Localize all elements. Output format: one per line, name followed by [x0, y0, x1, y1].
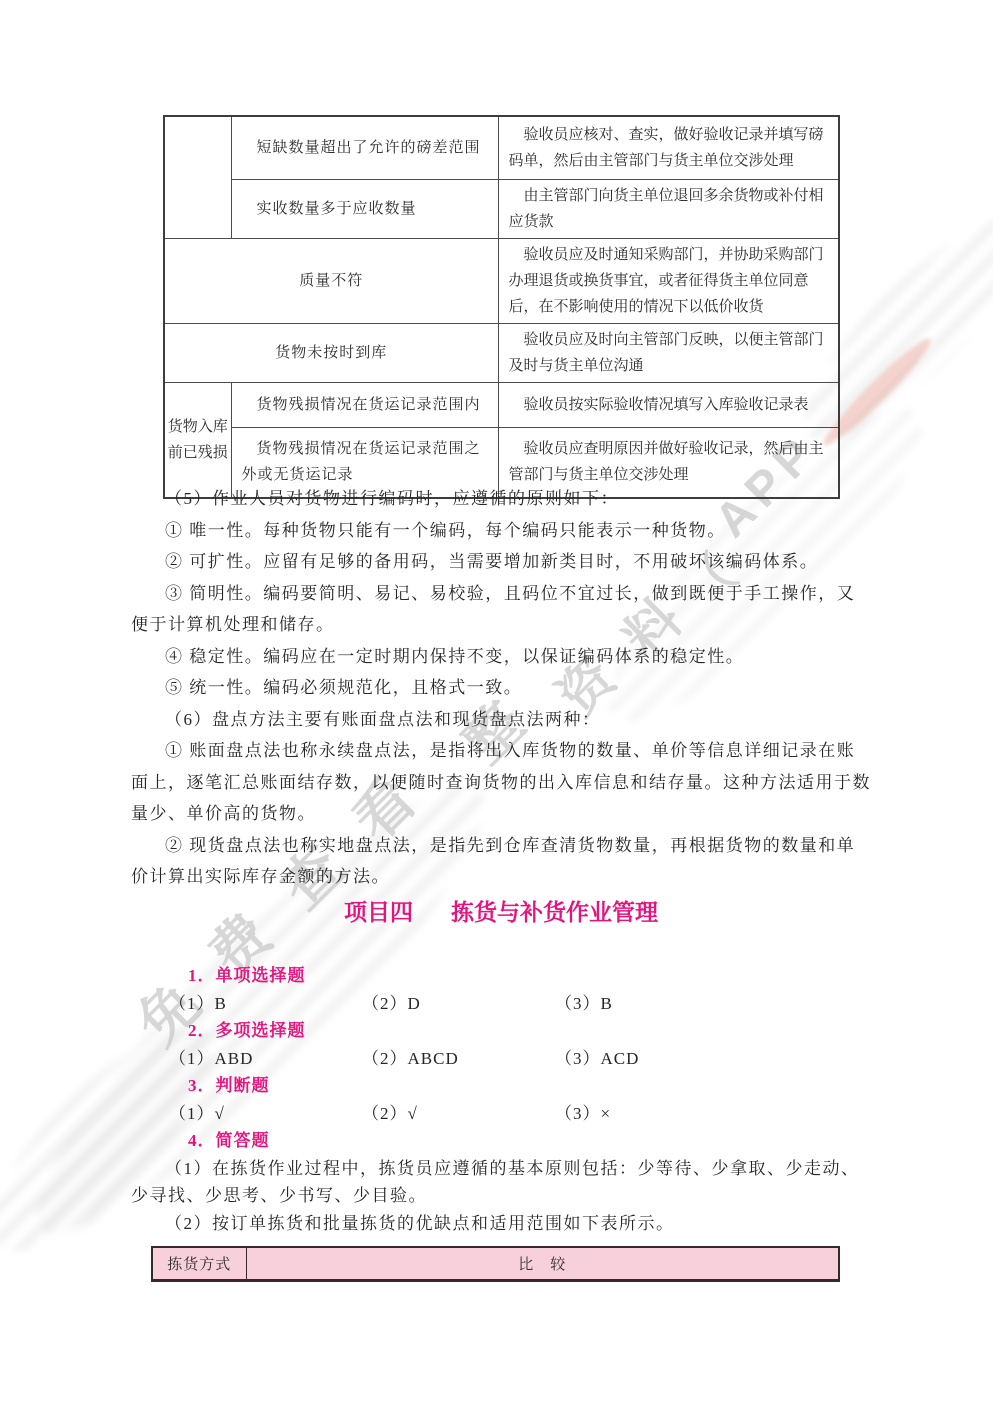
answer-item: （2）√ [362, 1100, 555, 1128]
answer-item: （3）ACD [555, 1045, 639, 1073]
paragraph: ② 现货盘点法也称实地盘点法，是指先到仓库查清货物数量，再根据货物的数量和单价计… [131, 830, 871, 893]
situation-cell: 质量不符 [164, 238, 498, 323]
answers-block: 1．单项选择题 （1）B（2）D（3）B 2．多项选择题 （1）ABD（2）AB… [131, 962, 871, 1237]
category-cell: 货物入库前已残损 [164, 382, 231, 498]
action-cell: 验收员应及时通知采购部门，并协助采购部门办理退货或换货事宜，或者征得货主单位同意… [498, 238, 839, 323]
situation-cell: 短缺数量超出了允许的磅差范围 [231, 116, 498, 179]
answer-item: （3）B [555, 990, 613, 1018]
action-cell: 验收员应核对、查实，做好验收记录并填写磅码单，然后由主管部门与货主单位交涉处理 [498, 116, 839, 179]
answer-item: （1）ABD [169, 1045, 362, 1073]
action-cell: 验收员应及时向主管部门反映，以便主管部门及时与货主单位沟通 [498, 323, 839, 382]
paragraph: ⑤ 统一性。编码必须规范化，且格式一致。 [131, 672, 871, 704]
picking-comparison-table: 拣货方式 比 较 [151, 1246, 840, 1282]
answer-row: （1）B（2）D（3）B [131, 990, 871, 1018]
answer-row: （1）√（2）√（3）× [131, 1100, 871, 1128]
paragraph: ③ 简明性。编码要简明、易记、易校验，且码位不宜过长，做到既便于手工操作，又便于… [131, 578, 871, 641]
answer-item: （2）ABCD [362, 1045, 555, 1073]
situation-cell: 货物残损情况在货运记录范围内 [231, 382, 498, 427]
paragraph: ② 可扩性。应留有足够的备用码，当需要增加新类目时，不用破坏该编码体系。 [131, 546, 871, 578]
picking-comparison-table-wrap: 拣货方式 比 较 [151, 1246, 840, 1282]
section-title: 项目四拣货与补货作业管理 [131, 896, 871, 928]
answer-item: （1）B [169, 990, 362, 1018]
page: 免费查看整资料（APP 短缺数量超出了允许的磅差范围 验收员应核对、查实，做好验… [0, 0, 993, 1404]
question-group-heading: 1．单项选择题 [131, 962, 871, 990]
paragraph: （6）盘点方法主要有账面盘点法和现货盘点法两种： [131, 704, 871, 736]
short-answer-paragraph: （1）在拣货作业过程中，拣货员应遵循的基本原则包括：少等待、少拿取、少走动、少寻… [131, 1155, 871, 1210]
section-title-number: 项目四 [344, 899, 413, 925]
table-row: 质量不符 验收员应及时通知采购部门，并协助采购部门办理退货或换货事宜，或者征得货… [164, 238, 839, 323]
category-cell-empty [164, 116, 231, 238]
body-text-block: （5）作业人员对货物进行编码时，应遵循的原则如下： ① 唯一性。每种货物只能有一… [131, 483, 871, 893]
question-group-heading: 3．判断题 [131, 1072, 871, 1100]
table-row: 货物入库前已残损 货物残损情况在货运记录范围内 验收员按实际验收情况填写入库验收… [164, 382, 839, 427]
question-group-heading: 2．多项选择题 [131, 1017, 871, 1045]
answer-item: （1）√ [169, 1100, 362, 1128]
table-header-row: 拣货方式 比 较 [152, 1247, 839, 1281]
header-cell-picking-method: 拣货方式 [152, 1247, 246, 1281]
table-row: 短缺数量超出了允许的磅差范围 验收员应核对、查实，做好验收记录并填写磅码单，然后… [164, 116, 839, 179]
answer-item: （2）D [362, 990, 555, 1018]
paragraph: ① 账面盘点法也称永续盘点法，是指将出入库货物的数量、单价等信息详细记录在账面上… [131, 735, 871, 830]
answer-row: （1）ABD（2）ABCD（3）ACD [131, 1045, 871, 1073]
paragraph: （5）作业人员对货物进行编码时，应遵循的原则如下： [131, 483, 871, 515]
short-answer-paragraph: （2）按订单拣货和批量拣货的优缺点和适用范围如下表所示。 [131, 1210, 871, 1238]
section-title-text: 拣货与补货作业管理 [451, 899, 658, 925]
receiving-exceptions-table: 短缺数量超出了允许的磅差范围 验收员应核对、查实，做好验收记录并填写磅码单，然后… [163, 115, 840, 499]
action-cell: 验收员按实际验收情况填写入库验收记录表 [498, 382, 839, 427]
question-group-heading: 4．简答题 [131, 1127, 871, 1155]
paragraph: ④ 稳定性。编码应在一定时期内保持不变，以保证编码体系的稳定性。 [131, 641, 871, 673]
action-cell: 由主管部门向货主单位退回多余货物或补付相应货款 [498, 179, 839, 238]
answer-item: （3）× [555, 1100, 611, 1128]
paragraph: ① 唯一性。每种货物只能有一个编码，每个编码只能表示一种货物。 [131, 515, 871, 547]
table-row: 货物未按时到库 验收员应及时向主管部门反映，以便主管部门及时与货主单位沟通 [164, 323, 839, 382]
header-cell-comparison: 比 较 [246, 1247, 839, 1281]
table-row: 实收数量多于应收数量 由主管部门向货主单位退回多余货物或补付相应货款 [164, 179, 839, 238]
receiving-exceptions-table-wrap: 短缺数量超出了允许的磅差范围 验收员应核对、查实，做好验收记录并填写磅码单，然后… [163, 115, 840, 499]
situation-cell: 实收数量多于应收数量 [231, 179, 498, 238]
situation-cell: 货物未按时到库 [164, 323, 498, 382]
